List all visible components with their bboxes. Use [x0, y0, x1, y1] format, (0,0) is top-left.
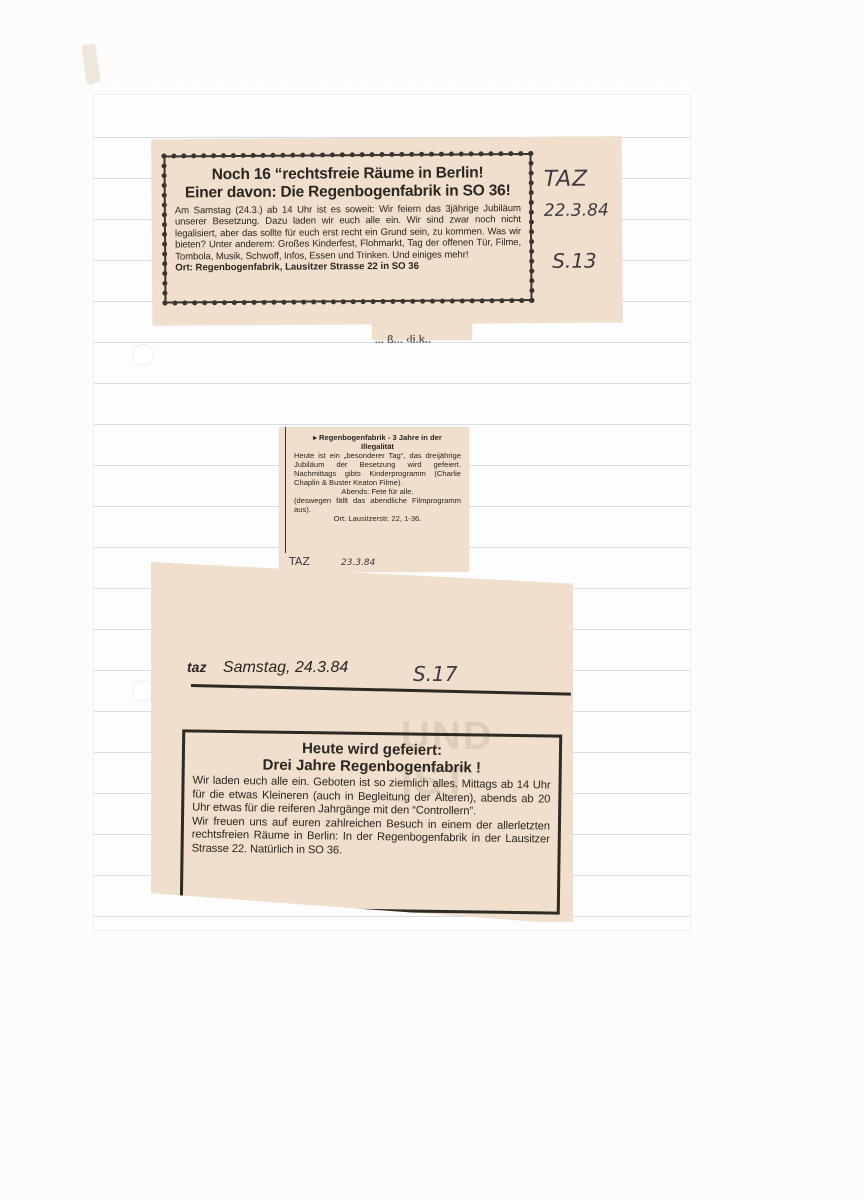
handwritten-page: S.13	[552, 249, 597, 273]
clipping-2-note: (deswegen fällt das abendliche Filmprogr…	[294, 496, 461, 514]
clipping-2-headline: ▸ Regenbogenfabrik - 3 Jahre in der Ille…	[294, 433, 461, 451]
clipping-1-place: Ort: Regenbogenfabrik, Lausitzer Strasse…	[175, 260, 521, 274]
clipping-3-headline: Heute wird gefeiert: Drei Jahre Regenbog…	[193, 739, 551, 778]
clipping-3-body: Wir laden euch alle ein. Geboten ist so …	[192, 775, 551, 820]
masthead-rule	[191, 684, 571, 696]
clipping-2: ▸ Regenbogenfabrik - 3 Jahre in der Ille…	[279, 427, 469, 572]
clipping-2-frame: ▸ Regenbogenfabrik - 3 Jahre in der Ille…	[285, 427, 465, 553]
clipping-1-body: Am Samstag (24.3.) ab 14 Uhr ist es sowe…	[175, 203, 521, 262]
headline-line: ▸ Regenbogenfabrik - 3 Jahre in der	[294, 433, 461, 442]
handwritten-date: 23.3.84	[341, 558, 375, 568]
masthead-date: Samstag, 24.3.84	[223, 659, 348, 676]
handwritten-source: TAZ	[289, 555, 310, 568]
masthead: taz Samstag, 24.3.84	[187, 659, 348, 677]
punch-hole	[132, 344, 154, 366]
clipping-2-place: Ort: Lausitzerstr. 22, 1-36.	[294, 514, 461, 523]
clipping-1-headline: Noch 16 “rechtsfreie Räume in Berlin! Ei…	[175, 164, 521, 202]
headline-line: Noch 16 “rechtsfreie Räume in Berlin!	[175, 164, 521, 184]
clipping-3-body-2: Wir freuen uns auf euren zahlreichen Bes…	[192, 815, 551, 860]
punch-hole	[132, 680, 154, 702]
clipping-1-frame: Noch 16 “rechtsfreie Räume in Berlin! Ei…	[161, 151, 534, 306]
clipping-3: taz Samstag, 24.3.84 S.17 UND IST Heute …	[151, 562, 573, 922]
clipping-1: Noch 16 “rechtsfreie Räume in Berlin! Ei…	[151, 136, 622, 325]
handwritten-page: S.17	[413, 662, 458, 686]
bleed-through-text: ... ß... ‹li.k..	[375, 334, 431, 346]
headline-line: Illegalität	[294, 442, 461, 451]
clipping-3-frame: Heute wird gefeiert: Drei Jahre Regenbog…	[180, 729, 562, 914]
clipping-2-body: Heute ist ein „besonderer Tag“, das drei…	[294, 451, 461, 487]
headline-line: Einer davon: Die Regenbogenfabrik in SO …	[175, 182, 521, 202]
torn-corner	[81, 43, 100, 85]
handwritten-source: TAZ	[544, 167, 589, 192]
clipping-2-evening: Abends: Fete für alle.	[294, 487, 461, 496]
taz-logo: taz	[187, 659, 206, 675]
headline-line: Drei Jahre Regenbogenfabrik !	[193, 756, 551, 778]
handwritten-date: 22.3.84	[544, 200, 609, 220]
